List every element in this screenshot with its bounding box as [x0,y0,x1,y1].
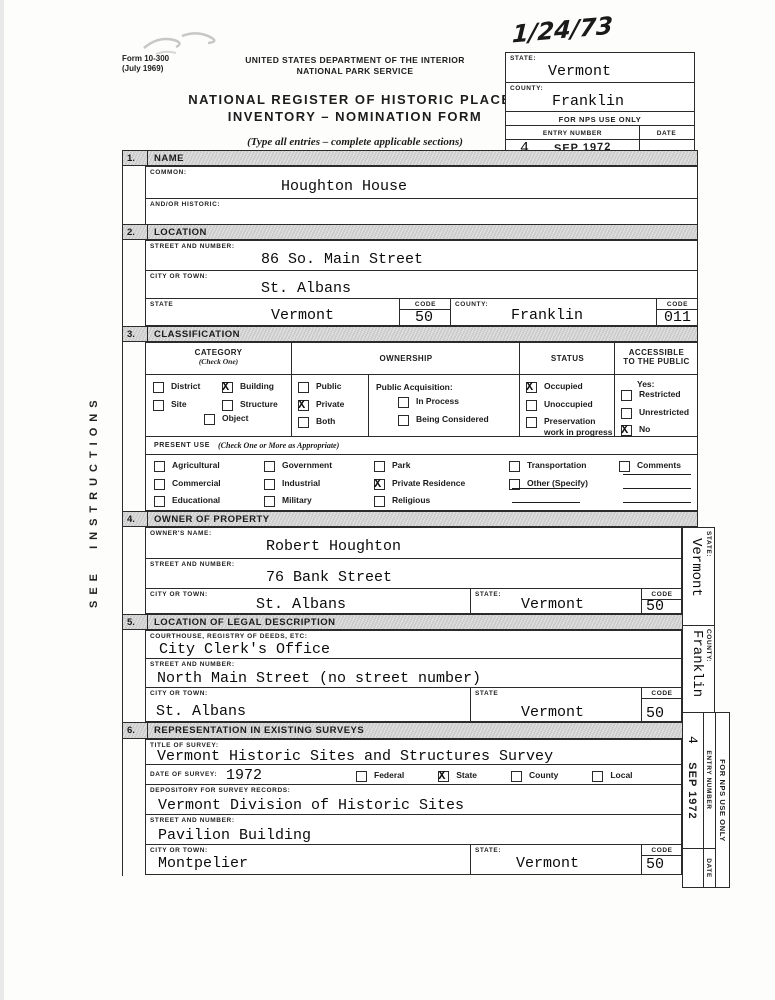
city-label: CITY OR TOWN: [150,591,208,598]
checkbox-label: Object [222,413,248,424]
checkbox-item[interactable]: No [621,424,689,436]
state-value[interactable]: Vermont [548,63,611,80]
state-label: STATE [150,301,173,308]
checkbox-label: No [639,424,650,435]
checkbox-item[interactable]: Agricultural [154,460,229,472]
empty-checkbox[interactable] [621,390,632,401]
empty-checkbox[interactable] [154,479,165,490]
accessible-checklist: RestrictedUnrestrictedNo [621,389,689,442]
empty-checkbox[interactable] [298,417,309,428]
city-label: CITY OR TOWN: [150,273,208,280]
checkbox-item[interactable]: Being Considered [398,414,489,426]
category-checklist-a: DistrictSite [153,381,200,416]
sidebar-state-rotated: STATE: Vermont [683,528,714,625]
section-5-box: COURTHOUSE, REGISTRY OF DEEDS, ETC: City… [145,630,682,722]
code-label: CODE [642,845,682,856]
empty-checkbox[interactable] [374,461,385,472]
empty-checkbox[interactable] [204,414,215,425]
sidebar-county-label: COUNTY: [705,626,714,712]
sidebar-entry-num: 4 [685,714,700,744]
checkbox-label: State [456,770,477,781]
state-label: STATE [475,690,498,697]
checkbox-label: Comments [637,460,681,471]
depository-value[interactable]: Vermont Division of Historic Sites [158,797,464,814]
code-value[interactable]: 50 [646,598,664,615]
category-subheader: (Check One) [146,357,291,366]
checked-checkbox[interactable] [298,400,309,411]
checkbox-item[interactable]: Government [264,460,332,472]
state-label: STATE: [475,591,501,598]
empty-checkbox[interactable] [509,461,520,472]
empty-checkbox[interactable] [222,400,233,411]
checkbox-label: Federal [374,770,404,781]
checkbox-label: Agricultural [172,460,220,471]
empty-checkbox[interactable] [592,771,603,782]
empty-checkbox[interactable] [398,415,409,426]
section-6-box: TITLE OF SURVEY: Vermont Historic Sites … [145,739,682,875]
scan-edge [0,0,4,1000]
empty-checkbox[interactable] [398,397,409,408]
section-2-box: STREET AND NUMBER: 86 So. Main Street CI… [145,240,698,326]
street-label: STREET AND NUMBER: [150,561,235,568]
see-instructions-vertical: SEE INSTRUCTIONS [88,340,106,608]
sidebar-entry-stamp: SEP 1972 [686,762,698,819]
code-value[interactable]: 50 [646,856,664,873]
empty-checkbox[interactable] [356,771,367,782]
code-value[interactable]: 50 [646,705,664,722]
checkbox-item[interactable]: Unoccupied [526,399,614,411]
checkbox-label: Park [392,460,410,471]
checkbox-item[interactable]: Restricted [621,389,689,401]
city-value[interactable]: St. Albans [261,280,351,297]
section-3-box: CATEGORY (Check One) OWNERSHIP STATUS AC… [145,342,698,511]
section-4-number: 4. [123,512,148,526]
comments-blank-line[interactable] [623,488,691,489]
state-value[interactable]: Vermont [271,307,334,324]
county-label: COUNTY: [455,301,488,308]
checkbox-item[interactable]: Occupied [526,381,614,393]
empty-checkbox[interactable] [153,400,164,411]
checkbox-label: Unoccupied [544,399,593,410]
city-label: CITY OR TOWN: [150,690,208,697]
checkbox-item[interactable]: Religious [374,495,465,507]
sidebar-for-nps-use-only: FOR NPS USE ONLY [715,714,730,887]
sidebar-entry-number-label: ENTRY NUMBER [703,714,714,846]
county-value[interactable]: Franklin [511,307,583,324]
checked-checkbox[interactable] [526,382,537,393]
form-title-line-2: INVENTORY – NOMINATION FORM [145,109,565,124]
checkbox-item[interactable]: Structure [222,399,278,411]
city-value[interactable]: Montpelier [158,855,248,872]
checkbox-label: Restricted [639,389,681,400]
empty-checkbox[interactable] [153,382,164,393]
nomination-form-page: 1/24/73 Form 10-300 (July 1969) UNITED S… [0,0,775,1000]
ownership-header: OWNERSHIP [292,354,520,363]
section-1-bar: 1. NAME [122,150,698,166]
owner-name-label: OWNER'S NAME: [150,530,212,537]
section-5-bar: 5. LOCATION OF LEGAL DESCRIPTION [122,614,698,630]
section-6-number: 6. [123,723,148,738]
section-1-title: NAME [148,151,184,165]
checkbox-item[interactable]: Site [153,399,200,411]
checkbox-label: Unrestricted [639,407,689,418]
city-label: CITY OR TOWN: [150,847,208,854]
empty-checkbox[interactable] [621,408,632,419]
section-1-number: 1. [123,151,148,165]
sidebar-date-label: DATE [703,849,714,887]
city-value[interactable]: St. Albans [156,703,246,720]
state-label: STATE: [510,55,536,62]
checkbox-item[interactable]: Object [204,413,248,425]
present-use-label: PRESENT USE [154,442,210,449]
section-5-title: LOCATION OF LEGAL DESCRIPTION [148,615,335,629]
present-use-col-4: TransportationOther (Specify) [509,460,588,495]
section-3-title: CLASSIFICATION [148,327,240,341]
checkbox-label: Private Residence [392,478,465,489]
checkbox-label: Being Considered [416,414,489,425]
survey-level-checklist: FederalStateCountyLocal [356,770,633,782]
historic-name-label: AND/OR HISTORIC: [150,201,220,208]
section-4-bar: 4. OWNER OF PROPERTY [122,511,698,527]
checkbox-label: Structure [240,399,278,410]
sidebar-state-label: STATE: [705,528,714,625]
checkbox-item[interactable]: County [511,770,558,782]
survey-title-value[interactable]: Vermont Historic Sites and Structures Su… [157,748,553,765]
status-header: STATUS [520,354,615,363]
empty-checkbox[interactable] [154,496,165,507]
comments-blank-line[interactable] [623,502,691,503]
form-revision: (July 1969) [122,64,163,73]
checkbox-label: Preservation work in progress [544,416,614,437]
section-4-title: OWNER OF PROPERTY [148,512,270,526]
checkbox-label: Educational [172,495,220,506]
checkbox-label: Religious [392,495,430,506]
checkbox-item[interactable]: Both [298,416,344,428]
checkbox-item[interactable]: Unrestricted [621,407,689,419]
accessible-header-2: TO THE PUBLIC [615,357,698,366]
empty-checkbox[interactable] [154,461,165,472]
checkbox-item[interactable]: Local [592,770,632,782]
empty-checkbox[interactable] [619,461,630,472]
checkbox-label: Site [171,399,187,410]
county-value[interactable]: Franklin [552,93,624,110]
checkbox-label: Other (Specify) [527,478,588,489]
state-code-value[interactable]: 50 [415,309,433,326]
category-header: CATEGORY [146,348,291,357]
checkbox-item[interactable]: District [153,381,200,393]
other-blank-line[interactable] [512,488,580,489]
street-value[interactable]: 76 Bank Street [266,569,392,586]
checkbox-item[interactable]: Transportation [509,460,588,472]
section-5-number: 5. [123,615,148,629]
checked-checkbox[interactable] [438,771,449,782]
checkbox-item[interactable]: Educational [154,495,229,507]
form-title-line-1: NATIONAL REGISTER OF HISTORIC PLACES [145,92,565,107]
checked-checkbox[interactable] [222,382,233,393]
empty-checkbox[interactable] [298,382,309,393]
checkbox-item[interactable]: Military [264,495,332,507]
checkbox-label: District [171,381,200,392]
section-6-bar: 6. REPRESENTATION IN EXISTING SURVEYS [122,722,698,739]
checkbox-item[interactable]: Public [298,381,344,393]
present-use-subnote: (Check One or More as Appropriate) [218,441,339,450]
checkbox-label: Local [610,770,632,781]
checkbox-label: County [529,770,558,781]
category-checklist-c: Object [204,413,248,431]
checkbox-label: Building [240,381,274,392]
checkbox-label: Commercial [172,478,221,489]
status-checklist: OccupiedUnoccupiedPreservation work in p… [526,381,614,443]
section-6-title: REPRESENTATION IN EXISTING SURVEYS [148,723,364,738]
public-acquisition-label: Public Acquisition: [376,382,453,393]
handwritten-date: 1/24/73 [511,11,613,48]
checkbox-label: Military [282,495,312,506]
state-value[interactable]: Vermont [521,704,584,721]
dept-line-1: UNITED STATES DEPARTMENT OF THE INTERIOR [200,55,510,65]
checkbox-item[interactable]: Industrial [264,478,332,490]
state-value[interactable]: Vermont [516,855,579,872]
depository-label: DEPOSITORY FOR SURVEY RECORDS: [150,787,290,794]
empty-checkbox[interactable] [511,771,522,782]
section-3-number: 3. [123,327,148,341]
checkbox-item[interactable]: State [438,770,477,782]
survey-date-label: DATE OF SURVEY: [150,771,217,778]
courthouse-label: COURTHOUSE, REGISTRY OF DEEDS, ETC: [150,633,308,640]
checkbox-item[interactable]: Building [222,381,278,393]
empty-checkbox[interactable] [264,496,275,507]
checkbox-label: Government [282,460,332,471]
section-2-number: 2. [123,225,148,239]
checkbox-item[interactable]: In Process [398,396,489,408]
checkbox-item[interactable]: Private Residence [374,478,465,490]
section-1-box: COMMON: Houghton House AND/OR HISTORIC: [145,166,698,225]
owner-name-value[interactable]: Robert Houghton [266,538,401,555]
survey-date-value[interactable]: 1972 [226,767,262,784]
common-name-label: COMMON: [150,169,187,176]
sidebar-county-rotated: COUNTY: Franklin [683,626,714,712]
street-value[interactable]: 86 So. Main Street [261,251,423,268]
street-label: STREET AND NUMBER: [150,243,235,250]
street-label: STREET AND NUMBER: [150,661,235,668]
form-number: Form 10-300 [122,54,169,63]
code-label: CODE [642,688,682,699]
other-blank-line[interactable] [512,502,580,503]
sidebar-state-value: Vermont [688,528,705,625]
accessible-header-1: ACCESSIBLE [615,348,698,357]
checkbox-label: Public [316,381,342,392]
dept-line-2: NATIONAL PARK SERVICE [200,66,510,76]
checkbox-label: Private [316,399,344,410]
checkbox-label: Occupied [544,381,583,392]
county-label: COUNTY: [510,85,543,92]
checked-checkbox[interactable] [621,425,632,436]
checkbox-item[interactable]: Comments [619,460,681,472]
checkbox-item[interactable]: Park [374,460,465,472]
category-checklist-b: BuildingStructure [222,381,278,416]
city-value[interactable]: St. Albans [256,596,346,613]
sidebar-entry-value-rotated: 4 SEP 1972 [683,714,702,846]
checkbox-item[interactable]: Private [298,399,344,411]
street-value[interactable]: North Main Street (no street number) [157,670,481,687]
common-name-value[interactable]: Houghton House [281,178,407,195]
checkbox-label: In Process [416,396,459,407]
section-2-title: LOCATION [148,225,207,239]
empty-checkbox[interactable] [526,400,537,411]
comments-blank-line[interactable] [623,474,691,475]
state-value[interactable]: Vermont [521,596,584,613]
street-label: STREET AND NUMBER: [150,817,235,824]
section-2-bar: 2. LOCATION [122,224,698,240]
acquisition-checklist: In ProcessBeing Considered [398,396,489,431]
ownership-checklist: PublicPrivateBoth [298,381,344,434]
checkbox-label: Both [316,416,335,427]
checkbox-label: Transportation [527,460,587,471]
empty-checkbox[interactable] [264,461,275,472]
checkbox-label: Industrial [282,478,320,489]
state-label: STATE: [475,847,501,854]
checkbox-item[interactable]: Federal [356,770,404,782]
empty-checkbox[interactable] [264,479,275,490]
street-value[interactable]: Pavilion Building [158,827,311,844]
courthouse-value[interactable]: City Clerk's Office [159,641,330,658]
type-note: (Type all entries – complete applicable … [145,136,565,148]
section-4-box: OWNER'S NAME: Robert Houghton STREET AND… [145,527,682,614]
empty-checkbox[interactable] [374,496,385,507]
checked-checkbox[interactable] [374,479,385,490]
checkbox-item[interactable]: Commercial [154,478,229,490]
county-code-value[interactable]: 011 [664,309,691,326]
sidebar-county-value: Franklin [689,626,705,712]
section-3-bar: 3. CLASSIFICATION [122,326,698,342]
empty-checkbox[interactable] [526,417,537,428]
checkbox-item[interactable]: Preservation work in progress [526,416,614,437]
